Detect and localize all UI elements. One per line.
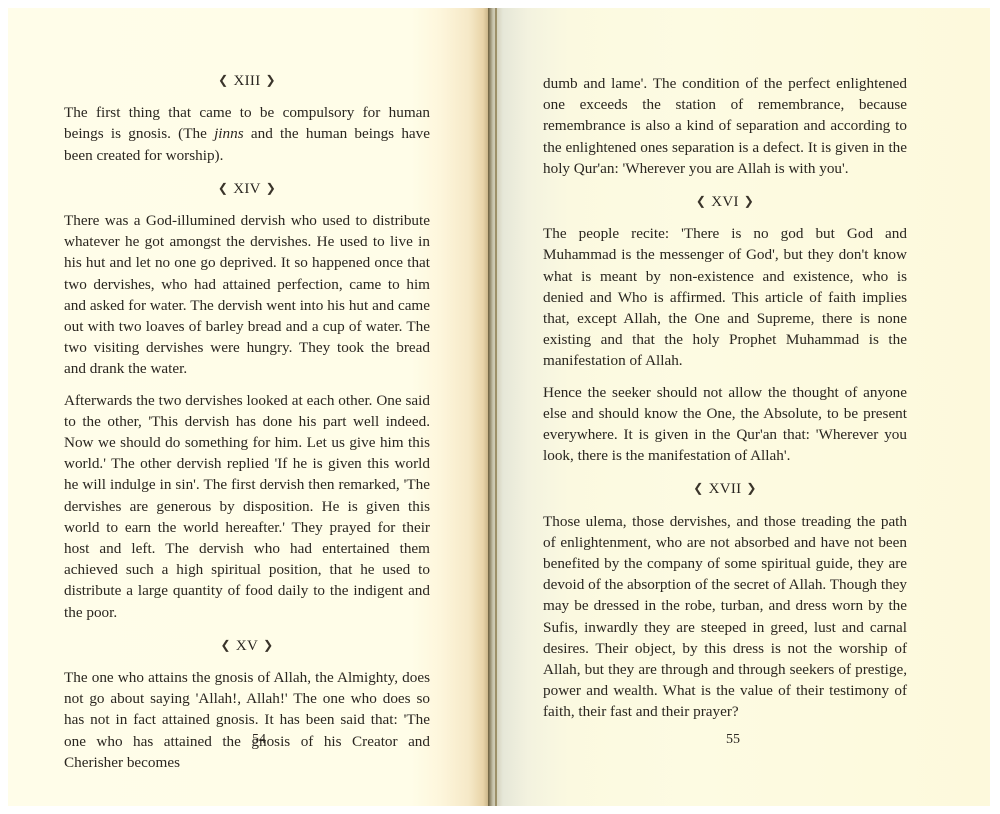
ornament-left-icon: ❮ <box>218 178 228 199</box>
right-page-content: dumb and lame'. The condition of the per… <box>543 0 907 723</box>
ornament-right-icon: ❯ <box>263 635 273 656</box>
paragraph: Afterwards the two dervishes looked at e… <box>64 390 430 623</box>
ornament-left-icon: ❮ <box>221 635 231 656</box>
section-heading-xiv: ❮XIV❯ <box>64 178 430 200</box>
page-number-right: 55 <box>713 732 753 748</box>
section-heading-xvii: ❮XVII❯ <box>543 478 907 500</box>
section-heading-xv: ❮XV❯ <box>64 635 430 657</box>
page-number-left: 54 <box>239 732 279 748</box>
ornament-right-icon: ❯ <box>266 178 276 199</box>
paragraph: The one who attains the gnosis of Allah,… <box>64 667 430 773</box>
paragraph: Hence the seeker should not allow the th… <box>543 382 907 467</box>
left-page-content: ❮XIII❯ The first thing that came to be c… <box>64 0 430 773</box>
ornament-right-icon: ❯ <box>744 191 754 212</box>
paragraph: Those ulema, those dervishes, and those … <box>543 511 907 723</box>
paragraph: The first thing that came to be compulso… <box>64 102 430 166</box>
ornament-left-icon: ❮ <box>218 70 228 91</box>
ornament-right-icon: ❯ <box>746 478 756 499</box>
section-heading-xiii: ❮XIII❯ <box>64 70 430 92</box>
paragraph: There was a God-illumined dervish who us… <box>64 210 430 380</box>
ornament-left-icon: ❮ <box>693 478 703 499</box>
section-heading-xvi: ❮XVI❯ <box>543 191 907 213</box>
paragraph: The people recite: 'There is no god but … <box>543 223 907 371</box>
ornament-right-icon: ❯ <box>266 70 276 91</box>
ornament-left-icon: ❮ <box>696 191 706 212</box>
paragraph-continuation: dumb and lame'. The condition of the per… <box>543 73 907 179</box>
book-gutter <box>495 8 497 806</box>
